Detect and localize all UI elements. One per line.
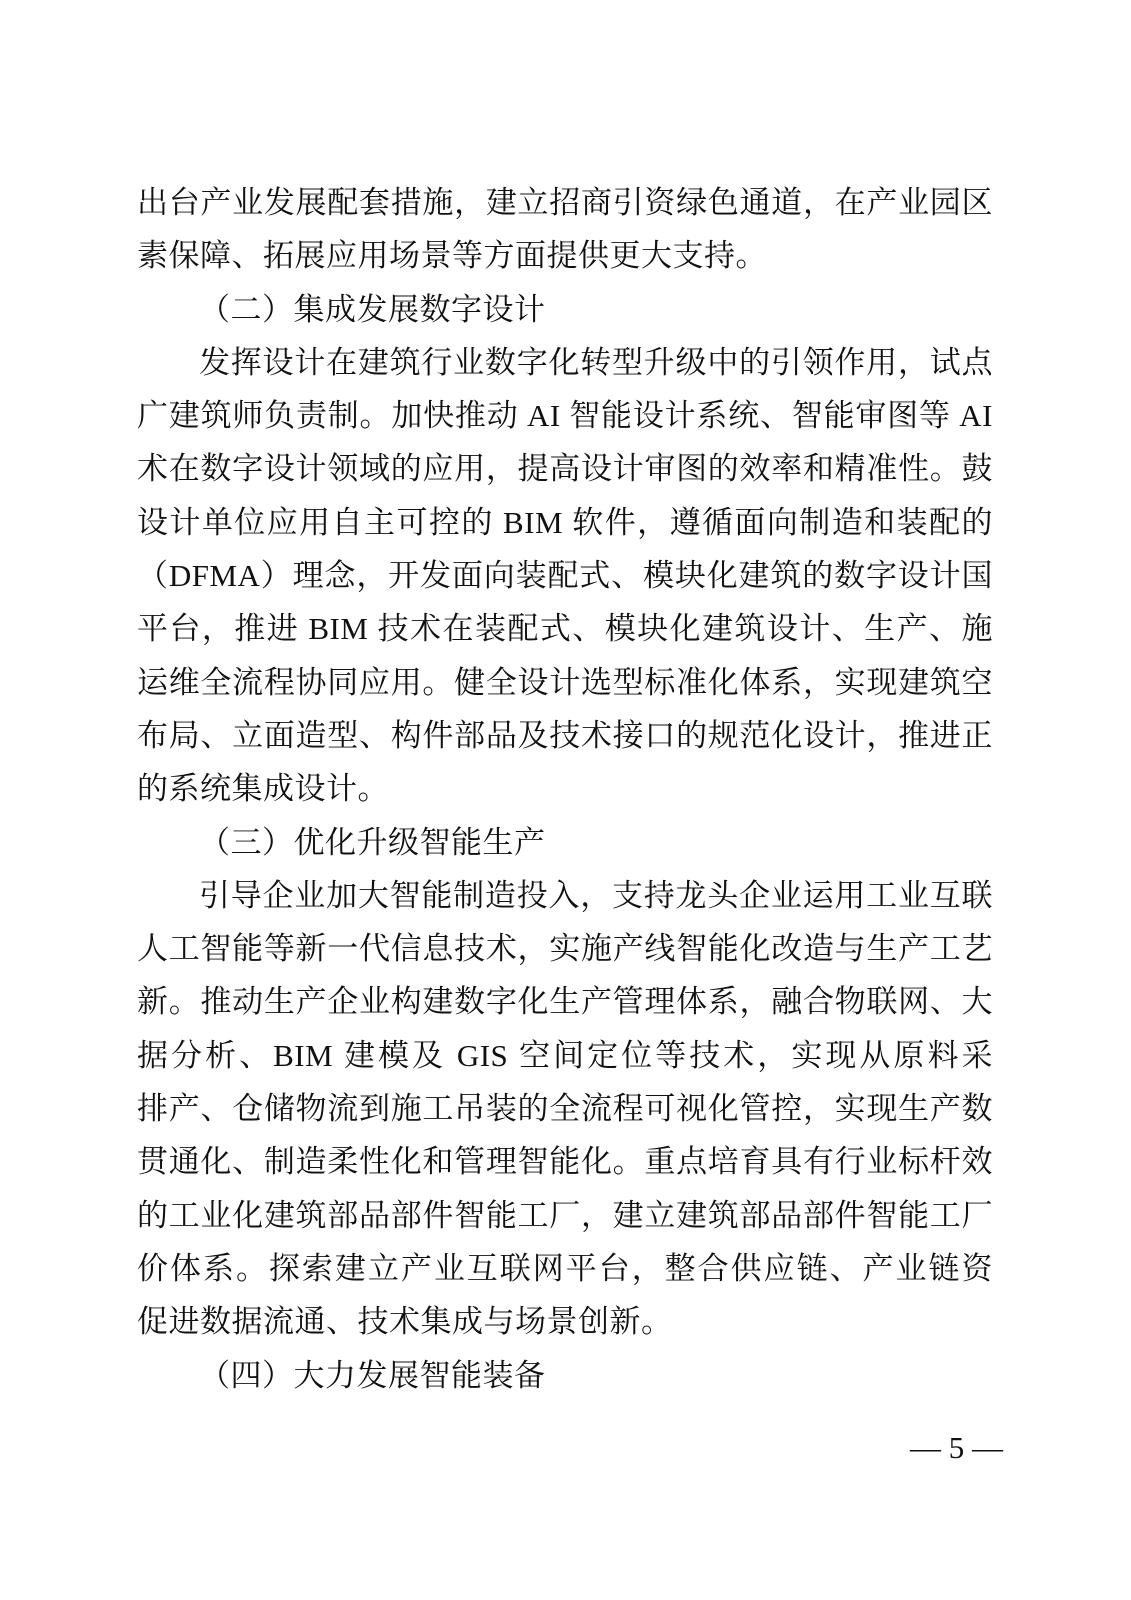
- body-line: 素保障、拓展应用场景等方面提供更大支持。: [137, 229, 993, 282]
- body-line: 新。推动生产企业构建数字化生产管理体系，融合物联网、大数: [137, 975, 993, 1028]
- body-line: 人工智能等新一代信息技术，实施产线智能化改造与生产工艺创: [137, 922, 993, 975]
- body-line: 平台，推进 BIM 技术在装配式、模块化建筑设计、生产、施工、: [137, 602, 993, 655]
- body-line: 价体系。探索建立产业互联网平台，整合供应链、产业链资源，: [137, 1242, 993, 1295]
- body-line: 的工业化建筑部品部件智能工厂，建立建筑部品部件智能工厂评: [137, 1189, 993, 1242]
- body-line: 引导企业加大智能制造投入，支持龙头企业运用工业互联网、: [137, 869, 993, 922]
- body-line: 广建筑师负责制。加快推动 AI 智能设计系统、智能审图等 AI 技: [137, 389, 993, 442]
- body-line: 排产、仓储物流到施工吊装的全流程可视化管控，实现生产数据: [137, 1082, 993, 1135]
- section-heading: （四）大力发展智能装备: [137, 1349, 993, 1402]
- document-body: 出台产业发展配套措施，建立招商引资绿色通道，在产业园区要 素保障、拓展应用场景等…: [137, 176, 993, 1402]
- body-line: 设计单位应用自主可控的 BIM 软件，遵循面向制造和装配的设计: [137, 496, 993, 549]
- page-footer: — 5 —: [910, 1428, 1003, 1468]
- body-line: 出台产业发展配套措施，建立招商引资绿色通道，在产业园区要: [137, 176, 993, 229]
- body-line: 术在数字设计领域的应用，提高设计审图的效率和精准性。鼓励: [137, 442, 993, 495]
- section-heading: （二）集成发展数字设计: [137, 283, 993, 336]
- body-line: 发挥设计在建筑行业数字化转型升级中的引领作用，试点推: [137, 336, 993, 389]
- page-number: — 5 —: [910, 1430, 1003, 1465]
- section-heading: （三）优化升级智能生产: [137, 816, 993, 869]
- body-line: 促进数据流通、技术集成与场景创新。: [137, 1295, 993, 1348]
- document-page: 出台产业发展配套措施，建立招商引资绿色通道，在产业园区要 素保障、拓展应用场景等…: [0, 0, 1131, 1600]
- body-line: （DFMA）理念，开发面向装配式、模块化建筑的数字设计国产化: [137, 549, 993, 602]
- body-line: 布局、立面造型、构件部品及技术接口的规范化设计，推进正向: [137, 709, 993, 762]
- body-line: 的系统集成设计。: [137, 762, 993, 815]
- body-line: 贯通化、制造柔性化和管理智能化。重点培育具有行业标杆效应: [137, 1135, 993, 1188]
- body-line: 运维全流程协同应用。健全设计选型标准化体系，实现建筑空间: [137, 656, 993, 709]
- body-line: 据分析、BIM 建模及 GIS 空间定位等技术，实现从原料采购、智能: [137, 1029, 993, 1082]
